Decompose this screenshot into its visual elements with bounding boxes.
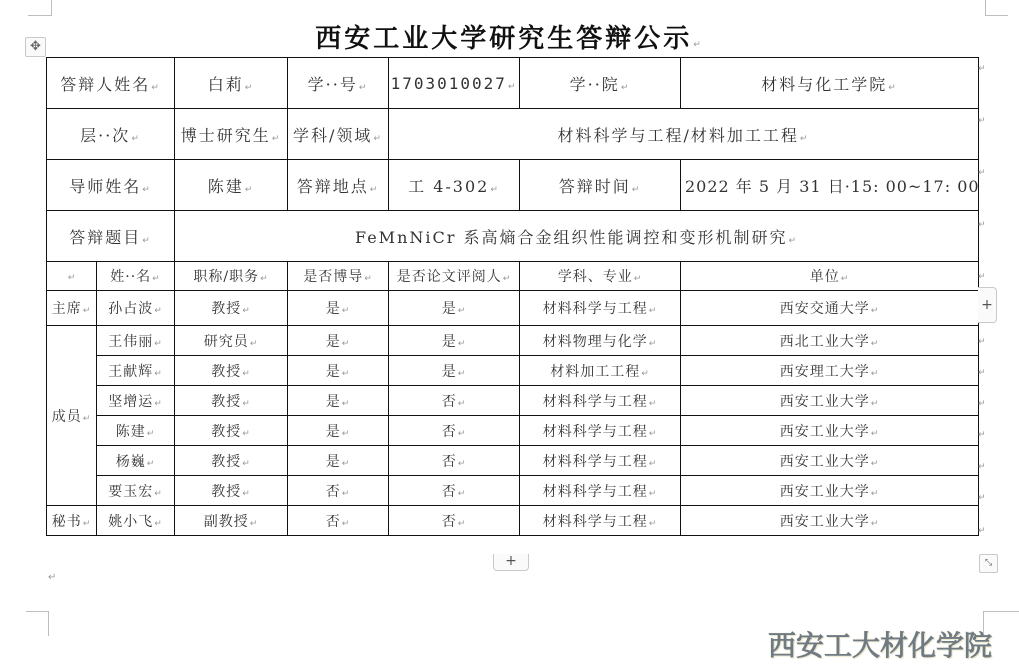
committee-row-member: 王献辉↵ 教授↵ 是↵ 是↵ 材料加工工程↵ 西安理工大学↵ xyxy=(47,356,979,386)
member-name[interactable]: 杨巍↵ xyxy=(97,446,175,476)
row-end-mark-icon: ↵ xyxy=(978,272,986,282)
member-major[interactable]: 材料科学与工程↵ xyxy=(520,416,681,446)
member-major[interactable]: 材料加工工程↵ xyxy=(520,356,681,386)
table-row-topic: 答辩题目↵ FeMnNiCr 系高熵合金组织性能调控和变形机制研究↵ xyxy=(47,211,979,262)
member-phd-advisor[interactable]: 是↵ xyxy=(288,416,389,446)
member-title[interactable]: 教授↵ xyxy=(175,291,288,326)
row-end-mark-icon: ↵ xyxy=(978,526,986,536)
advisor-label-cell: 导师姓名↵ xyxy=(47,160,175,211)
member-reviewer[interactable]: 是↵ xyxy=(389,291,520,326)
member-name[interactable]: 孙占波↵ xyxy=(97,291,175,326)
role-member-cell: 成员↵ xyxy=(47,326,97,506)
header-role: ↵ xyxy=(47,262,97,291)
row-end-mark-icon: ↵ xyxy=(978,220,986,230)
empty-paragraph-mark-icon[interactable]: ↵ xyxy=(48,572,56,583)
member-major[interactable]: 材料科学与工程↵ xyxy=(520,506,681,536)
table-resize-handle-icon[interactable]: ⤡ xyxy=(979,554,998,573)
college-value-cell[interactable]: 材料与化工学院↵ xyxy=(681,58,979,109)
paragraph-mark-icon: ↵ xyxy=(693,40,704,50)
row-end-mark-icon: ↵ xyxy=(978,168,986,178)
committee-row-member: 杨巍↵ 教授↵ 是↵ 否↵ 材料科学与工程↵ 西安工业大学↵ xyxy=(47,446,979,476)
member-major[interactable]: 材料物理与化学↵ xyxy=(520,326,681,356)
header-name: 姓··名↵ xyxy=(97,262,175,291)
member-reviewer[interactable]: 否↵ xyxy=(389,416,520,446)
time-label-cell: 答辩时间↵ xyxy=(520,160,681,211)
member-unit[interactable]: 西安交通大学↵ xyxy=(681,291,979,326)
member-unit[interactable]: 西安工业大学↵ xyxy=(681,506,979,536)
header-major: 学科、专业↵ xyxy=(520,262,681,291)
committee-row-secretary: 秘书↵ 姚小飞↵ 副教授↵ 否↵ 否↵ 材料科学与工程↵ 西安工业大学↵ xyxy=(47,506,979,536)
member-title[interactable]: 副教授↵ xyxy=(175,506,288,536)
watermark-text: 西安工大材化学院 xyxy=(768,624,992,664)
level-label-cell: 层··次↵ xyxy=(47,109,175,160)
id-value-cell[interactable]: 1703010027↵ xyxy=(389,58,520,109)
name-label-cell: 答辩人姓名↵ xyxy=(47,58,175,109)
discipline-value-cell[interactable]: 材料科学与工程/材料加工工程↵ xyxy=(389,109,979,160)
member-phd-advisor[interactable]: 是↵ xyxy=(288,386,389,416)
member-name[interactable]: 要玉宏↵ xyxy=(97,476,175,506)
topic-value-cell[interactable]: FeMnNiCr 系高熵合金组织性能调控和变形机制研究↵ xyxy=(175,211,979,262)
member-reviewer[interactable]: 是↵ xyxy=(389,326,520,356)
member-name[interactable]: 坚增运↵ xyxy=(97,386,175,416)
member-name[interactable]: 陈建↵ xyxy=(97,416,175,446)
committee-row-member: 坚增运↵ 教授↵ 是↵ 否↵ 材料科学与工程↵ 西安工业大学↵ xyxy=(47,386,979,416)
level-value-cell[interactable]: 博士研究生↵ xyxy=(175,109,288,160)
title-text: 西安工业大学研究生答辩公示 xyxy=(315,24,692,54)
add-row-plus-icon[interactable]: + xyxy=(978,287,997,323)
location-label-cell: 答辩地点↵ xyxy=(288,160,389,211)
location-value-cell[interactable]: 工 4-302↵ xyxy=(389,160,520,211)
member-unit[interactable]: 西北工业大学↵ xyxy=(681,326,979,356)
row-end-mark-icon: ↵ xyxy=(978,430,986,440)
row-end-mark-icon: ↵ xyxy=(978,337,986,347)
row-end-mark-icon: ↵ xyxy=(978,462,986,472)
committee-row-member: 要玉宏↵ 教授↵ 否↵ 否↵ 材料科学与工程↵ 西安工业大学↵ xyxy=(47,476,979,506)
discipline-label-cell: 学科/领域↵ xyxy=(288,109,389,160)
id-label-cell: 学··号↵ xyxy=(288,58,389,109)
member-reviewer[interactable]: 否↵ xyxy=(389,476,520,506)
time-value-cell[interactable]: 2022 年 5 月 31 日·15: 00~17: 00↵ xyxy=(681,160,979,211)
table-row-advisor: 导师姓名↵ 陈建↵ 答辩地点↵ 工 4-302↵ 答辩时间↵ 2022 年 5 … xyxy=(47,160,979,211)
committee-row-chair: 主席↵ 孙占波↵ 教授↵ 是↵ 是↵ 材料科学与工程↵ 西安交通大学↵ xyxy=(47,291,979,326)
college-label-cell: 学··院↵ xyxy=(520,58,681,109)
member-title[interactable]: 教授↵ xyxy=(175,386,288,416)
member-title[interactable]: 教授↵ xyxy=(175,356,288,386)
table-row-level: 层··次↵ 博士研究生↵ 学科/领域↵ 材料科学与工程/材料加工工程↵ xyxy=(47,109,979,160)
header-title: 职称/职务↵ xyxy=(175,262,288,291)
member-title[interactable]: 教授↵ xyxy=(175,446,288,476)
committee-header-row: ↵ 姓··名↵ 职称/职务↵ 是否博导↵ 是否论文评阅人↵ 学科、专业↵ 单位↵ xyxy=(47,262,979,291)
member-phd-advisor[interactable]: 否↵ xyxy=(288,506,389,536)
member-unit[interactable]: 西安工业大学↵ xyxy=(681,416,979,446)
topic-label-cell: 答辩题目↵ xyxy=(47,211,175,262)
row-end-mark-icon: ↵ xyxy=(978,399,986,409)
member-phd-advisor[interactable]: 否↵ xyxy=(288,476,389,506)
member-phd-advisor[interactable]: 是↵ xyxy=(288,326,389,356)
member-reviewer[interactable]: 否↵ xyxy=(389,506,520,536)
add-row-bottom-plus-icon[interactable]: + xyxy=(493,554,529,571)
member-title[interactable]: 教授↵ xyxy=(175,416,288,446)
member-major[interactable]: 材料科学与工程↵ xyxy=(520,386,681,416)
header-unit: 单位↵ xyxy=(681,262,979,291)
member-reviewer[interactable]: 是↵ xyxy=(389,356,520,386)
defense-info-table: 答辩人姓名↵ 白莉↵ 学··号↵ 1703010027↵ 学··院↵ 材料与化工… xyxy=(46,57,979,536)
table-row-student: 答辩人姓名↵ 白莉↵ 学··号↵ 1703010027↵ 学··院↵ 材料与化工… xyxy=(47,58,979,109)
member-unit[interactable]: 西安工业大学↵ xyxy=(681,446,979,476)
member-major[interactable]: 材料科学与工程↵ xyxy=(520,291,681,326)
role-chair-cell: 主席↵ xyxy=(47,291,97,326)
page-margin-corner-top-left xyxy=(28,0,52,16)
member-phd-advisor[interactable]: 是↵ xyxy=(288,356,389,386)
member-phd-advisor[interactable]: 是↵ xyxy=(288,291,389,326)
member-phd-advisor[interactable]: 是↵ xyxy=(288,446,389,476)
document-title: 西安工业大学研究生答辩公示↵ xyxy=(0,18,1019,55)
header-phd-advisor: 是否博导↵ xyxy=(288,262,389,291)
member-unit[interactable]: 西安工业大学↵ xyxy=(681,386,979,416)
advisor-value-cell[interactable]: 陈建↵ xyxy=(175,160,288,211)
member-unit[interactable]: 西安理工大学↵ xyxy=(681,356,979,386)
member-reviewer[interactable]: 否↵ xyxy=(389,446,520,476)
committee-row-member: 陈建↵ 教授↵ 是↵ 否↵ 材料科学与工程↵ 西安工业大学↵ xyxy=(47,416,979,446)
name-value-cell[interactable]: 白莉↵ xyxy=(175,58,288,109)
member-title[interactable]: 教授↵ xyxy=(175,476,288,506)
page-margin-corner-bottom-left xyxy=(26,611,49,636)
row-end-mark-icon: ↵ xyxy=(978,116,986,126)
page-margin-corner-top-right xyxy=(985,0,1008,16)
member-name[interactable]: 王献辉↵ xyxy=(97,356,175,386)
member-reviewer[interactable]: 否↵ xyxy=(389,386,520,416)
header-reviewer: 是否论文评阅人↵ xyxy=(389,262,520,291)
member-title[interactable]: 研究员↵ xyxy=(175,326,288,356)
member-unit[interactable]: 西安工业大学↵ xyxy=(681,476,979,506)
committee-row-member: 成员↵ 王伟丽↵ 研究员↵ 是↵ 是↵ 材料物理与化学↵ 西北工业大学↵ xyxy=(47,326,979,356)
row-end-mark-icon: ↵ xyxy=(978,493,986,503)
role-secretary-cell: 秘书↵ xyxy=(47,506,97,536)
member-name[interactable]: 王伟丽↵ xyxy=(97,326,175,356)
member-major[interactable]: 材料科学与工程↵ xyxy=(520,476,681,506)
row-end-mark-icon: ↵ xyxy=(978,64,986,74)
member-major[interactable]: 材料科学与工程↵ xyxy=(520,446,681,476)
member-name[interactable]: 姚小飞↵ xyxy=(97,506,175,536)
row-end-mark-icon: ↵ xyxy=(978,368,986,378)
